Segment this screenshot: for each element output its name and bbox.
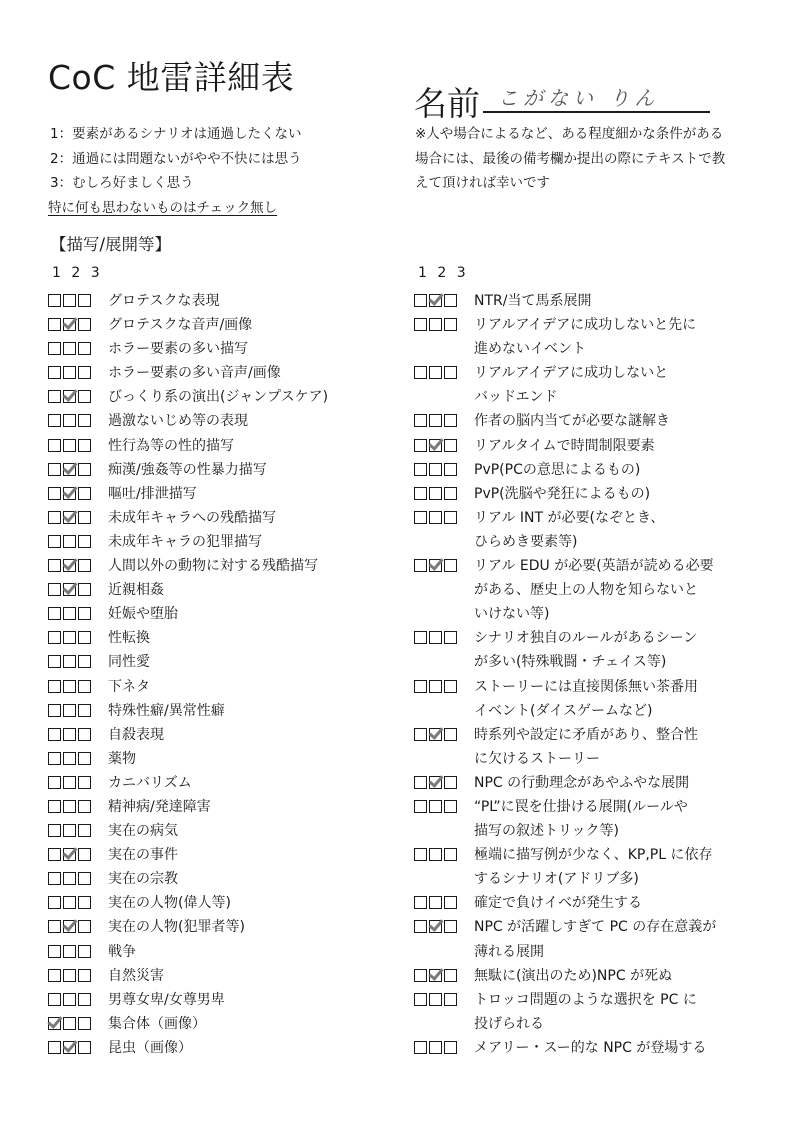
checklist-item-label: 実在の人物(犯罪者等) <box>108 915 245 939</box>
checklist-row: 妊娠や堕胎 <box>48 602 328 626</box>
checklist-item-label: 戦争 <box>108 940 136 964</box>
checklist-row: ホラー要素の多い音声/画像 <box>48 361 328 385</box>
checklist-item-label: 薬物 <box>108 747 136 771</box>
rating-3-checkbox[interactable] <box>78 752 91 765</box>
rating-2-checkbox[interactable] <box>429 463 442 476</box>
rating-1-checkbox[interactable] <box>48 607 61 620</box>
checklist-item-label: ホラー要素の多い描写 <box>108 337 248 361</box>
checklist-item-label: リアルアイデアに成功しないと先に 進めないイベント <box>474 313 696 361</box>
rating-checkboxes <box>48 915 108 933</box>
checklist-row: シナリオ独自のルールがあるシーン が多い(特殊戦闘・チェイス等) <box>414 626 716 674</box>
checklist-row: NPC の行動理念があやふやな展開 <box>414 771 716 795</box>
rating-1-checkbox[interactable] <box>414 1041 427 1054</box>
rating-2-checkbox[interactable] <box>63 920 76 933</box>
rating-checkboxes <box>48 723 108 741</box>
rating-checkboxes <box>48 1036 108 1054</box>
checklist-item-label: 時系列や設定に矛盾があり、整合性 に欠けるストーリー <box>474 723 698 771</box>
checklist-item-label: リアルアイデアに成功しないと バッドエンド <box>474 361 668 409</box>
rating-2-checkbox[interactable] <box>63 969 76 982</box>
rating-checkboxes <box>48 482 108 500</box>
rating-1-checkbox[interactable] <box>48 848 61 861</box>
checklist-row: 男尊女卑/女尊男卑 <box>48 988 328 1012</box>
rating-3-checkbox[interactable] <box>78 800 91 813</box>
checklist-row: 薬物 <box>48 747 328 771</box>
checklist-item-label: 下ネタ <box>108 675 150 699</box>
rating-checkboxes <box>414 843 474 861</box>
rating-3-checkbox[interactable] <box>78 583 91 596</box>
rating-checkboxes <box>414 458 474 476</box>
rating-checkboxes <box>48 988 108 1006</box>
rating-3-checkbox[interactable] <box>444 414 457 427</box>
checklist-row: 未成年キャラへの残酷描写 <box>48 506 328 530</box>
rating-1-checkbox[interactable] <box>414 969 427 982</box>
rating-2-checkbox[interactable] <box>63 607 76 620</box>
rating-2-checkbox[interactable] <box>429 366 442 379</box>
rating-3-checkbox[interactable] <box>78 294 91 307</box>
checklist-item-label: 実在の病気 <box>108 819 178 843</box>
rating-1-checkbox[interactable] <box>48 487 61 500</box>
rating-2-checkbox[interactable] <box>429 848 442 861</box>
checklist-item-label: びっくり系の演出(ジャンプスケア) <box>108 385 328 409</box>
rating-2-checkbox[interactable] <box>63 342 76 355</box>
checklist-row: 作者の脳内当てが必要な謎解き <box>414 409 716 433</box>
checklist-row: 時系列や設定に矛盾があり、整合性 に欠けるストーリー <box>414 723 716 771</box>
rating-checkboxes <box>414 771 474 789</box>
checklist-row: 過激ないじめ等の表現 <box>48 409 328 433</box>
rating-checkboxes <box>414 675 474 693</box>
rating-2-checkbox[interactable] <box>63 390 76 403</box>
rating-3-checkbox[interactable] <box>444 800 457 813</box>
checklist-item-label: 未成年キャラへの残酷描写 <box>108 506 276 530</box>
rating-2-checkbox[interactable] <box>429 969 442 982</box>
rating-3-checkbox[interactable] <box>78 680 91 693</box>
note-line-1: ※人や場合によるなど、ある程度細かな条件がある <box>415 122 765 147</box>
rating-1-checkbox[interactable] <box>48 969 61 982</box>
rating-checkboxes <box>414 554 474 572</box>
rating-2-checkbox[interactable] <box>429 511 442 524</box>
rating-3-checkbox[interactable] <box>444 511 457 524</box>
rating-2-checkbox[interactable] <box>63 366 76 379</box>
checklist-item-label: NPC の行動理念があやふやな展開 <box>474 771 689 795</box>
rating-1-checkbox[interactable] <box>48 752 61 765</box>
instructions-note: ※人や場合によるなど、ある程度細かな条件がある 場合には、最後の備考欄か提出の際… <box>415 122 765 196</box>
rating-1-checkbox[interactable] <box>48 1017 61 1030</box>
rating-2-checkbox[interactable] <box>429 896 442 909</box>
rating-checkboxes <box>48 819 108 837</box>
rating-2-checkbox[interactable] <box>63 583 76 596</box>
checklist-row: 自然災害 <box>48 964 328 988</box>
rating-1-checkbox[interactable] <box>414 680 427 693</box>
rating-2-checkbox[interactable] <box>429 318 442 331</box>
rating-2-checkbox[interactable] <box>429 993 442 1006</box>
rating-checkboxes <box>48 602 108 620</box>
checklist-item-label: 近親相姦 <box>108 578 164 602</box>
checklist-item-label: 未成年キャラの犯罪描写 <box>108 530 262 554</box>
rating-3-checkbox[interactable] <box>444 487 457 500</box>
rating-3-checkbox[interactable] <box>78 535 91 548</box>
rating-3-checkbox[interactable] <box>78 1041 91 1054</box>
rating-3-checkbox[interactable] <box>444 896 457 909</box>
rating-checkboxes <box>48 434 108 452</box>
checklist-item-label: 無駄に(演出のため)NPC が死ぬ <box>474 964 672 988</box>
checklist-row: 無駄に(演出のため)NPC が死ぬ <box>414 964 716 988</box>
rating-3-checkbox[interactable] <box>78 848 91 861</box>
checklist-row: 実在の宗教 <box>48 867 328 891</box>
rating-checkboxes <box>414 964 474 982</box>
checklist-row: リアル INT が必要(なぞとき、 ひらめき要素等) <box>414 506 716 554</box>
rating-3-checkbox[interactable] <box>78 993 91 1006</box>
rating-2-checkbox[interactable] <box>63 945 76 958</box>
name-label: 名前 <box>414 78 480 125</box>
rating-2-checkbox[interactable] <box>63 993 76 1006</box>
checklist-row: トロッコ問題のような選択を PC に 投げられる <box>414 988 716 1036</box>
rating-3-checkbox[interactable] <box>78 655 91 668</box>
rating-1-checkbox[interactable] <box>48 535 61 548</box>
rating-3-checkbox[interactable] <box>444 848 457 861</box>
rating-2-checkbox[interactable] <box>429 559 442 572</box>
rating-1-checkbox[interactable] <box>48 414 61 427</box>
rating-3-checkbox[interactable] <box>78 463 91 476</box>
rating-2-checkbox[interactable] <box>63 318 76 331</box>
rating-3-checkbox[interactable] <box>78 704 91 717</box>
rating-checkboxes <box>414 626 474 644</box>
checklist-item-label: 痴漢/強姦等の性暴力描写 <box>108 458 267 482</box>
rating-1-checkbox[interactable] <box>414 896 427 909</box>
rating-1-checkbox[interactable] <box>48 680 61 693</box>
rating-1-checkbox[interactable] <box>48 366 61 379</box>
rating-checkboxes <box>414 313 474 331</box>
rating-1-checkbox[interactable] <box>48 583 61 596</box>
rating-2-checkbox[interactable] <box>63 680 76 693</box>
legend-item-3: 3：むしろ好ましく思う <box>50 171 302 196</box>
checklist-item-label: トロッコ問題のような選択を PC に 投げられる <box>474 988 697 1036</box>
page-title: CoC 地雷詳細表 <box>48 52 294 99</box>
rating-checkboxes <box>414 891 474 909</box>
rating-checkboxes <box>48 578 108 596</box>
rating-checkboxes <box>48 795 108 813</box>
rating-3-checkbox[interactable] <box>444 631 457 644</box>
rating-1-checkbox[interactable] <box>48 318 61 331</box>
rating-2-checkbox[interactable] <box>429 680 442 693</box>
rating-1-checkbox[interactable] <box>48 800 61 813</box>
rating-3-checkbox[interactable] <box>78 945 91 958</box>
rating-3-checkbox[interactable] <box>78 366 91 379</box>
name-underline <box>483 111 710 113</box>
rating-3-checkbox[interactable] <box>444 463 457 476</box>
checklist-item-label: ストーリーには直接関係無い茶番用 イベント(ダイスゲームなど) <box>474 675 698 723</box>
rating-3-checkbox[interactable] <box>78 439 91 452</box>
rating-3-checkbox[interactable] <box>78 559 91 572</box>
checklist-item-label: リアル INT が必要(なぞとき、 ひらめき要素等) <box>474 506 664 554</box>
checklist-item-label: NPC が活躍しすぎて PC の存在意義が 薄れる展開 <box>474 915 716 963</box>
rating-1-checkbox[interactable] <box>414 366 427 379</box>
rating-3-checkbox[interactable] <box>78 487 91 500</box>
rating-1-checkbox[interactable] <box>48 872 61 885</box>
rating-checkboxes <box>48 891 108 909</box>
rating-1-checkbox[interactable] <box>48 704 61 717</box>
rating-2-checkbox[interactable] <box>63 896 76 909</box>
rating-1-checkbox[interactable] <box>48 559 61 572</box>
rating-1-checkbox[interactable] <box>48 655 61 668</box>
rating-1-checkbox[interactable] <box>48 342 61 355</box>
left-column-header: 1 2 3 <box>52 265 103 281</box>
rating-1-checkbox[interactable] <box>414 848 427 861</box>
checklist-item-label: 過激ないじめ等の表現 <box>108 409 248 433</box>
rating-3-checkbox[interactable] <box>444 920 457 933</box>
rating-3-checkbox[interactable] <box>78 728 91 741</box>
rating-2-checkbox[interactable] <box>63 776 76 789</box>
checklist-row: NPC が活躍しすぎて PC の存在意義が 薄れる展開 <box>414 915 716 963</box>
rating-3-checkbox[interactable] <box>444 1041 457 1054</box>
rating-3-checkbox[interactable] <box>78 776 91 789</box>
checklist-row: 精神病/発達障害 <box>48 795 328 819</box>
rating-1-checkbox[interactable] <box>48 294 61 307</box>
rating-1-checkbox[interactable] <box>414 993 427 1006</box>
rating-3-checkbox[interactable] <box>444 294 457 307</box>
rating-checkboxes <box>414 723 474 741</box>
rating-2-checkbox[interactable] <box>63 848 76 861</box>
rating-1-checkbox[interactable] <box>414 439 427 452</box>
rating-1-checkbox[interactable] <box>48 390 61 403</box>
checklist-row: 集合体（画像） <box>48 1012 328 1036</box>
checklist-item-label: グロテスクな表現 <box>108 289 219 313</box>
checklist-row: 特殊性癖/異常性癖 <box>48 699 328 723</box>
rating-checkboxes <box>48 940 108 958</box>
rating-3-checkbox[interactable] <box>444 776 457 789</box>
rating-1-checkbox[interactable] <box>414 487 427 500</box>
checklist-row: メアリー・スー的な NPC が登場する <box>414 1036 716 1060</box>
rating-3-checkbox[interactable] <box>444 993 457 1006</box>
rating-3-checkbox[interactable] <box>444 318 457 331</box>
checklist-item-label: 集合体（画像） <box>108 1012 206 1036</box>
checklist-item-label: PvP(PCの意思によるもの) <box>474 458 640 482</box>
checklist-row: 確定で負けイベが発生する <box>414 891 716 915</box>
rating-1-checkbox[interactable] <box>48 511 61 524</box>
checklist-item-label: 作者の脳内当てが必要な謎解き <box>474 409 670 433</box>
checklist-item-label: シナリオ独自のルールがあるシーン が多い(特殊戦闘・チェイス等) <box>474 626 697 674</box>
rating-1-checkbox[interactable] <box>414 631 427 644</box>
rating-2-checkbox[interactable] <box>63 463 76 476</box>
rating-checkboxes <box>48 337 108 355</box>
rating-2-checkbox[interactable] <box>63 535 76 548</box>
checklist-item-label: 昆虫（画像） <box>108 1036 192 1060</box>
rating-checkboxes <box>414 361 474 379</box>
rating-1-checkbox[interactable] <box>48 824 61 837</box>
rating-2-checkbox[interactable] <box>429 439 442 452</box>
rating-1-checkbox[interactable] <box>48 896 61 909</box>
rating-2-checkbox[interactable] <box>63 704 76 717</box>
checklist-row: PvP(PCの意思によるもの) <box>414 458 716 482</box>
checklist-row: グロテスクな音声/画像 <box>48 313 328 337</box>
rating-3-checkbox[interactable] <box>444 366 457 379</box>
checklist-item-label: 極端に描写例が少なく、KP,PL に依存 するシナリオ(アドリブ多) <box>474 843 713 891</box>
rating-2-checkbox[interactable] <box>429 487 442 500</box>
checklist-item-label: 精神病/発達障害 <box>108 795 211 819</box>
rating-3-checkbox[interactable] <box>444 728 457 741</box>
rating-2-checkbox[interactable] <box>429 631 442 644</box>
checklist-item-label: リアル EDU が必要(英語が読める必要 がある、歴史上の人物を知らないと いけ… <box>474 554 714 626</box>
checklist-item-label: 男尊女卑/女尊男卑 <box>108 988 225 1012</box>
checklist-item-label: カニバリズム <box>108 771 192 795</box>
rating-1-checkbox[interactable] <box>414 511 427 524</box>
checklist-item-label: 確定で負けイベが発生する <box>474 891 642 915</box>
rating-3-checkbox[interactable] <box>444 559 457 572</box>
rating-1-checkbox[interactable] <box>414 463 427 476</box>
checklist-item-label: ホラー要素の多い音声/画像 <box>108 361 281 385</box>
rating-checkboxes <box>48 530 108 548</box>
checklist-item-label: 性転換 <box>108 626 150 650</box>
checklist-row: 下ネタ <box>48 675 328 699</box>
checklist-row: 性転換 <box>48 626 328 650</box>
rating-1-checkbox[interactable] <box>48 993 61 1006</box>
checklist-item-label: 自殺表現 <box>108 723 164 747</box>
rating-1-checkbox[interactable] <box>414 318 427 331</box>
checklist-row: 痴漢/強姦等の性暴力描写 <box>48 458 328 482</box>
rating-1-checkbox[interactable] <box>48 439 61 452</box>
rating-3-checkbox[interactable] <box>78 872 91 885</box>
rating-2-checkbox[interactable] <box>63 728 76 741</box>
right-column-header: 1 2 3 <box>418 265 469 281</box>
rating-2-checkbox[interactable] <box>429 294 442 307</box>
checklist-row: 性行為等の性的描写 <box>48 434 328 458</box>
checklist-item-label: 実在の事件 <box>108 843 178 867</box>
rating-3-checkbox[interactable] <box>78 607 91 620</box>
checklist-item-label: 人間以外の動物に対する残酷描写 <box>108 554 318 578</box>
checklist-row: 未成年キャラの犯罪描写 <box>48 530 328 554</box>
rating-1-checkbox[interactable] <box>414 920 427 933</box>
right-checklist: NTR/当て馬系展開リアルアイデアに成功しないと先に 進めないイベントリアルアイ… <box>414 289 716 1060</box>
rating-3-checkbox[interactable] <box>78 631 91 644</box>
rating-checkboxes <box>48 650 108 668</box>
rating-3-checkbox[interactable] <box>78 920 91 933</box>
name-field[interactable]: こがない りん <box>498 82 659 111</box>
rating-checkboxes <box>414 795 474 813</box>
rating-checkboxes <box>48 964 108 982</box>
checklist-row: 近親相姦 <box>48 578 328 602</box>
rating-2-checkbox[interactable] <box>429 800 442 813</box>
rating-checkboxes <box>414 289 474 307</box>
rating-1-checkbox[interactable] <box>414 800 427 813</box>
rating-checkboxes <box>48 289 108 307</box>
rating-1-checkbox[interactable] <box>414 728 427 741</box>
rating-3-checkbox[interactable] <box>78 511 91 524</box>
checklist-row: ホラー要素の多い描写 <box>48 337 328 361</box>
rating-2-checkbox[interactable] <box>63 631 76 644</box>
rating-1-checkbox[interactable] <box>414 776 427 789</box>
rating-2-checkbox[interactable] <box>429 728 442 741</box>
rating-1-checkbox[interactable] <box>48 920 61 933</box>
checklist-item-label: 自然災害 <box>108 964 164 988</box>
legend-item-2: 2：通過には問題ないがやや不快には思う <box>50 147 302 172</box>
checklist-item-label: 特殊性癖/異常性癖 <box>108 699 225 723</box>
rating-legend: 1：要素があるシナリオは通過したくない 2：通過には問題ないがやや不快には思う … <box>50 122 302 220</box>
checklist-row: リアルタイムで時間制限要素 <box>414 434 716 458</box>
rating-2-checkbox[interactable] <box>63 487 76 500</box>
rating-1-checkbox[interactable] <box>48 945 61 958</box>
rating-1-checkbox[interactable] <box>414 294 427 307</box>
rating-checkboxes <box>414 988 474 1006</box>
rating-checkboxes <box>414 434 474 452</box>
rating-checkboxes <box>414 482 474 500</box>
checklist-row: 実在の人物(偉人等) <box>48 891 328 915</box>
legend-item-1: 1：要素があるシナリオは通過したくない <box>50 122 302 147</box>
rating-2-checkbox[interactable] <box>63 559 76 572</box>
rating-checkboxes <box>48 867 108 885</box>
checklist-item-label: 嘔吐/排泄描写 <box>108 482 197 506</box>
rating-3-checkbox[interactable] <box>78 390 91 403</box>
rating-3-checkbox[interactable] <box>78 896 91 909</box>
rating-checkboxes <box>48 771 108 789</box>
checklist-item-label: グロテスクな音声/画像 <box>108 313 252 337</box>
checklist-row: 自殺表現 <box>48 723 328 747</box>
rating-1-checkbox[interactable] <box>48 728 61 741</box>
checklist-row: リアルアイデアに成功しないと バッドエンド <box>414 361 716 409</box>
rating-2-checkbox[interactable] <box>429 1041 442 1054</box>
rating-checkboxes <box>48 747 108 765</box>
rating-2-checkbox[interactable] <box>63 655 76 668</box>
rating-2-checkbox[interactable] <box>63 1017 76 1030</box>
rating-checkboxes <box>414 915 474 933</box>
rating-1-checkbox[interactable] <box>414 414 427 427</box>
rating-2-checkbox[interactable] <box>63 800 76 813</box>
rating-2-checkbox[interactable] <box>63 752 76 765</box>
note-line-3: えて頂ければ幸いです <box>415 171 765 196</box>
rating-checkboxes <box>48 409 108 427</box>
rating-3-checkbox[interactable] <box>78 969 91 982</box>
rating-2-checkbox[interactable] <box>63 439 76 452</box>
rating-3-checkbox[interactable] <box>78 414 91 427</box>
rating-3-checkbox[interactable] <box>444 969 457 982</box>
rating-3-checkbox[interactable] <box>78 1017 91 1030</box>
rating-checkboxes <box>48 313 108 331</box>
rating-3-checkbox[interactable] <box>444 439 457 452</box>
rating-checkboxes <box>48 385 108 403</box>
checklist-item-label: 同性愛 <box>108 650 150 674</box>
rating-3-checkbox[interactable] <box>78 824 91 837</box>
checklist-item-label: “PL”に罠を仕掛ける展開(ルールや 描写の叙述トリック等) <box>474 795 688 843</box>
rating-2-checkbox[interactable] <box>63 511 76 524</box>
checklist-row: 実在の人物(犯罪者等) <box>48 915 328 939</box>
rating-3-checkbox[interactable] <box>444 680 457 693</box>
rating-checkboxes <box>48 626 108 644</box>
rating-1-checkbox[interactable] <box>414 559 427 572</box>
rating-checkboxes <box>48 554 108 572</box>
rating-2-checkbox[interactable] <box>63 824 76 837</box>
checklist-item-label: リアルタイムで時間制限要素 <box>474 434 655 458</box>
rating-checkboxes <box>48 675 108 693</box>
rating-checkboxes <box>414 1036 474 1054</box>
rating-2-checkbox[interactable] <box>429 414 442 427</box>
rating-2-checkbox[interactable] <box>63 872 76 885</box>
rating-checkboxes <box>414 409 474 427</box>
rating-2-checkbox[interactable] <box>63 294 76 307</box>
rating-2-checkbox[interactable] <box>429 776 442 789</box>
rating-2-checkbox[interactable] <box>429 920 442 933</box>
checklist-row: 実在の事件 <box>48 843 328 867</box>
rating-3-checkbox[interactable] <box>78 342 91 355</box>
checklist-row: リアル EDU が必要(英語が読める必要 がある、歴史上の人物を知らないと いけ… <box>414 554 716 626</box>
rating-1-checkbox[interactable] <box>48 463 61 476</box>
rating-checkboxes <box>48 1012 108 1030</box>
checklist-row: PvP(洗脳や発狂によるもの) <box>414 482 716 506</box>
rating-2-checkbox[interactable] <box>63 1041 76 1054</box>
rating-2-checkbox[interactable] <box>63 414 76 427</box>
rating-1-checkbox[interactable] <box>48 631 61 644</box>
rating-1-checkbox[interactable] <box>48 776 61 789</box>
rating-3-checkbox[interactable] <box>78 318 91 331</box>
rating-checkboxes <box>414 506 474 524</box>
rating-1-checkbox[interactable] <box>48 1041 61 1054</box>
